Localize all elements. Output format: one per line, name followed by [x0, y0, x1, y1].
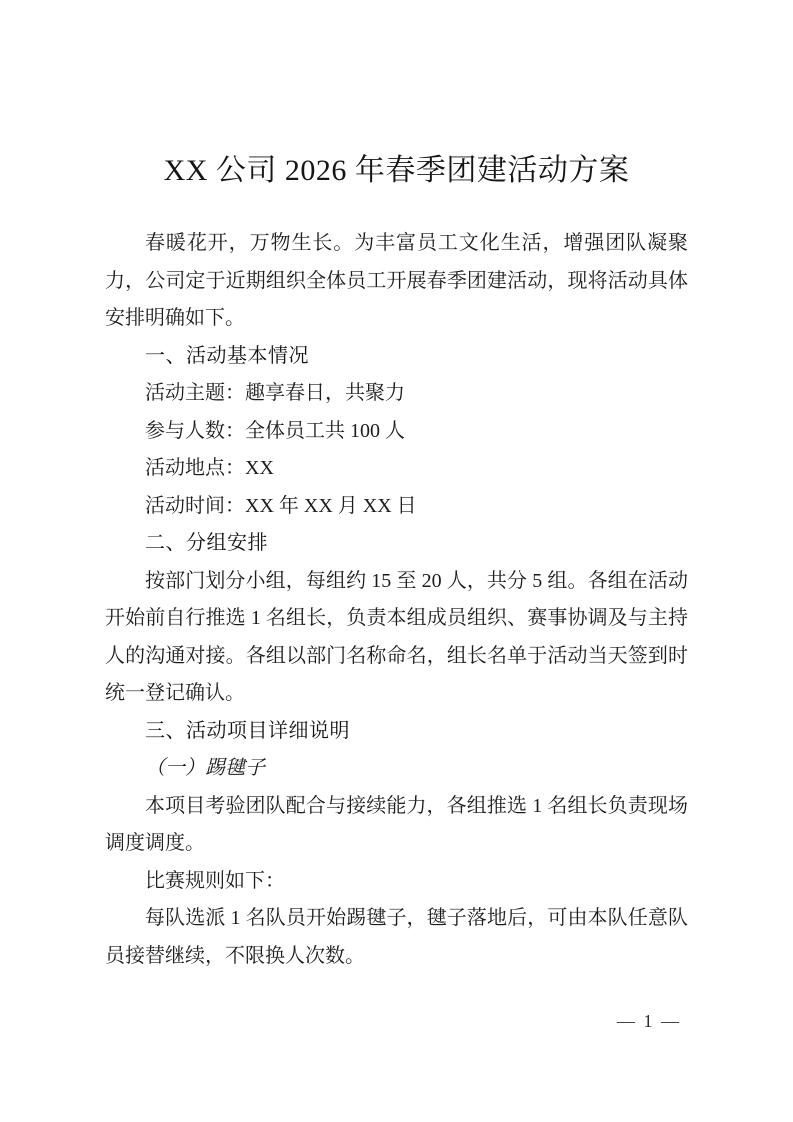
section1-heading: 一、活动基本情况	[105, 338, 688, 376]
subsection1-paragraph3: 每队选派 1 名队员开始踢毽子，毽子落地后，可由本队任意队员接替继续，不限换人次…	[105, 900, 688, 975]
intro-paragraph: 春暖花开，万物生长。为丰富员工文化生活，增强团队凝聚力，公司定于近期组织全体员工…	[105, 225, 688, 338]
subsection1-paragraph2: 比赛规则如下：	[105, 863, 688, 901]
activity-location-line: 活动地点：XX	[105, 450, 688, 488]
section2-heading: 二、分组安排	[105, 525, 688, 563]
section2-paragraph: 按部门划分小组，每组约 15 至 20 人，共分 5 组。各组在活动开始前自行推…	[105, 563, 688, 713]
activity-theme-line: 活动主题：趣享春日，共聚力	[105, 375, 688, 413]
document-page: XX 公司 2026 年春季团建活动方案 春暖花开，万物生长。为丰富员工文化生活…	[0, 0, 793, 1122]
subsection1-heading: （一）踢毽子	[105, 750, 688, 788]
document-title: XX 公司 2026 年春季团建活动方案	[105, 150, 688, 192]
participants-line: 参与人数：全体员工共 100 人	[105, 413, 688, 451]
document-body: 春暖花开，万物生长。为丰富员工文化生活，增强团队凝聚力，公司定于近期组织全体员工…	[105, 225, 688, 975]
activity-time-line: 活动时间：XX 年 XX 月 XX 日	[105, 488, 688, 526]
section3-heading: 三、活动项目详细说明	[105, 713, 688, 751]
page-number: — 1 —	[617, 1009, 681, 1033]
subsection1-paragraph1: 本项目考验团队配合与接续能力，各组推选 1 名组长负责现场调度调度。	[105, 788, 688, 863]
